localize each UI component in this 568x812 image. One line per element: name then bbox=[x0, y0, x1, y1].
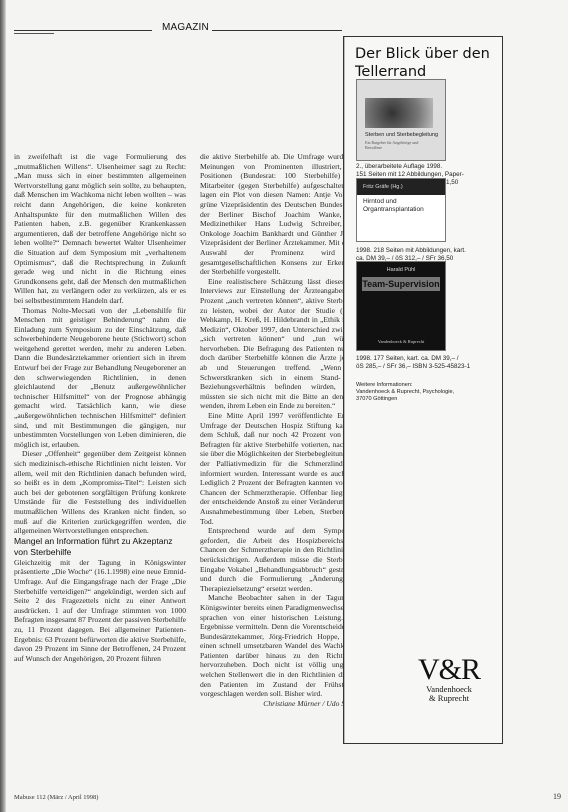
book-cover-publisher: Vandenhoeck & Ruprecht bbox=[357, 339, 445, 344]
paragraph: die aktive Sterbehilfe ab. Die Umfrage w… bbox=[200, 152, 360, 277]
logo-mark: V&R bbox=[404, 655, 494, 685]
article-subheading: Mangel an Information führt zu Akzeptanz… bbox=[14, 536, 186, 558]
more-info-line: Vandenhoeck & Ruprecht, Psychologie, bbox=[356, 389, 454, 396]
more-info-line: Weitere Informationen: bbox=[356, 382, 454, 389]
book-info-line: öS 285,– / SFr 36,– ISBN 3-525-45823-1 bbox=[356, 363, 496, 371]
article-column-middle: die aktive Sterbehilfe ab. Die Umfrage w… bbox=[200, 152, 360, 752]
header-rule-right bbox=[212, 30, 342, 31]
section-label: MAGAZIN bbox=[162, 22, 209, 33]
book-cover-1: Sterben und Sterbebegleitung Ein Ratgebe… bbox=[356, 79, 446, 161]
more-info-block: Weitere Informationen: Vandenhoeck & Rup… bbox=[356, 382, 454, 403]
sidebar-title: Der Blick über den Tellerrand bbox=[355, 45, 505, 81]
page-number: 19 bbox=[553, 792, 561, 801]
book-cover-2: Fritz Gräfe (Hg.) Hirntod und Organtrans… bbox=[356, 178, 446, 242]
paragraph: Entsprechend wurde auf dem Symposium gef… bbox=[200, 526, 360, 593]
paragraph: Dieser „Offenheit“ gegenüber dem Zeitgei… bbox=[14, 449, 186, 535]
issue-footer: Mabuse 112 (März / April 1998) bbox=[14, 794, 98, 801]
book-cover-author: Harald Pühl bbox=[357, 262, 445, 273]
page-spine-shadow bbox=[0, 0, 6, 812]
logo-name-line-2: & Ruprecht bbox=[404, 694, 494, 703]
book-cover-title: Sterben und Sterbebegleitung bbox=[365, 132, 438, 138]
more-info-line: 37070 Göttingen bbox=[356, 396, 454, 403]
section-header: MAGAZIN bbox=[14, 26, 334, 36]
header-rule-left-short bbox=[14, 33, 54, 34]
paragraph: Manche Beobachter sahen in der Tagung in… bbox=[200, 593, 360, 699]
book-cover-title: Team-Supervision bbox=[362, 277, 440, 291]
article-column-left: in zweifelhaft ist die vage Formulierung… bbox=[14, 152, 186, 752]
paragraph: Eine Mitte April 1997 veröffentlichte Em… bbox=[200, 411, 360, 526]
article-signature: Christiane Mürner / Udo Sierck bbox=[200, 699, 360, 709]
book-cover-title: Hirntod und Organtransplantation bbox=[357, 195, 445, 216]
book-info-line: 2., überarbeitete Auflage 1998. bbox=[356, 163, 496, 171]
paragraph: Eine realistischere Schätzung lässt dies… bbox=[200, 277, 360, 411]
book-cover-3: Harald Pühl Team-Supervision Vandenhoeck… bbox=[356, 261, 446, 351]
book-cover-subtitle: Ein Ratgeber für Angehörige und Betroffe… bbox=[365, 140, 435, 150]
book-cover-band: Fritz Gräfe (Hg.) bbox=[357, 179, 445, 195]
publisher-logo: V&R Vandenhoeck & Ruprecht bbox=[344, 655, 502, 703]
paragraph: Thomas Nolte-Mecsati von der „Lebenshilf… bbox=[14, 306, 186, 450]
advertisement-sidebar: Der Blick über den Tellerrand Sterben un… bbox=[343, 36, 503, 744]
book-info-3: 1998. 177 Seiten, kart. ca. DM 39,– / öS… bbox=[356, 355, 496, 371]
book-info-line: 1998. 177 Seiten, kart. ca. DM 39,– / bbox=[356, 355, 496, 363]
header-rule-left bbox=[14, 30, 152, 31]
paragraph: in zweifelhaft ist die vage Formulierung… bbox=[14, 152, 186, 306]
paragraph: Gleichzeitig mit der Tagung in Königswin… bbox=[14, 558, 186, 664]
book-info-line: 1998. 218 Seiten mit Abbildungen, kart. bbox=[356, 247, 496, 255]
cover-illustration bbox=[365, 98, 433, 128]
